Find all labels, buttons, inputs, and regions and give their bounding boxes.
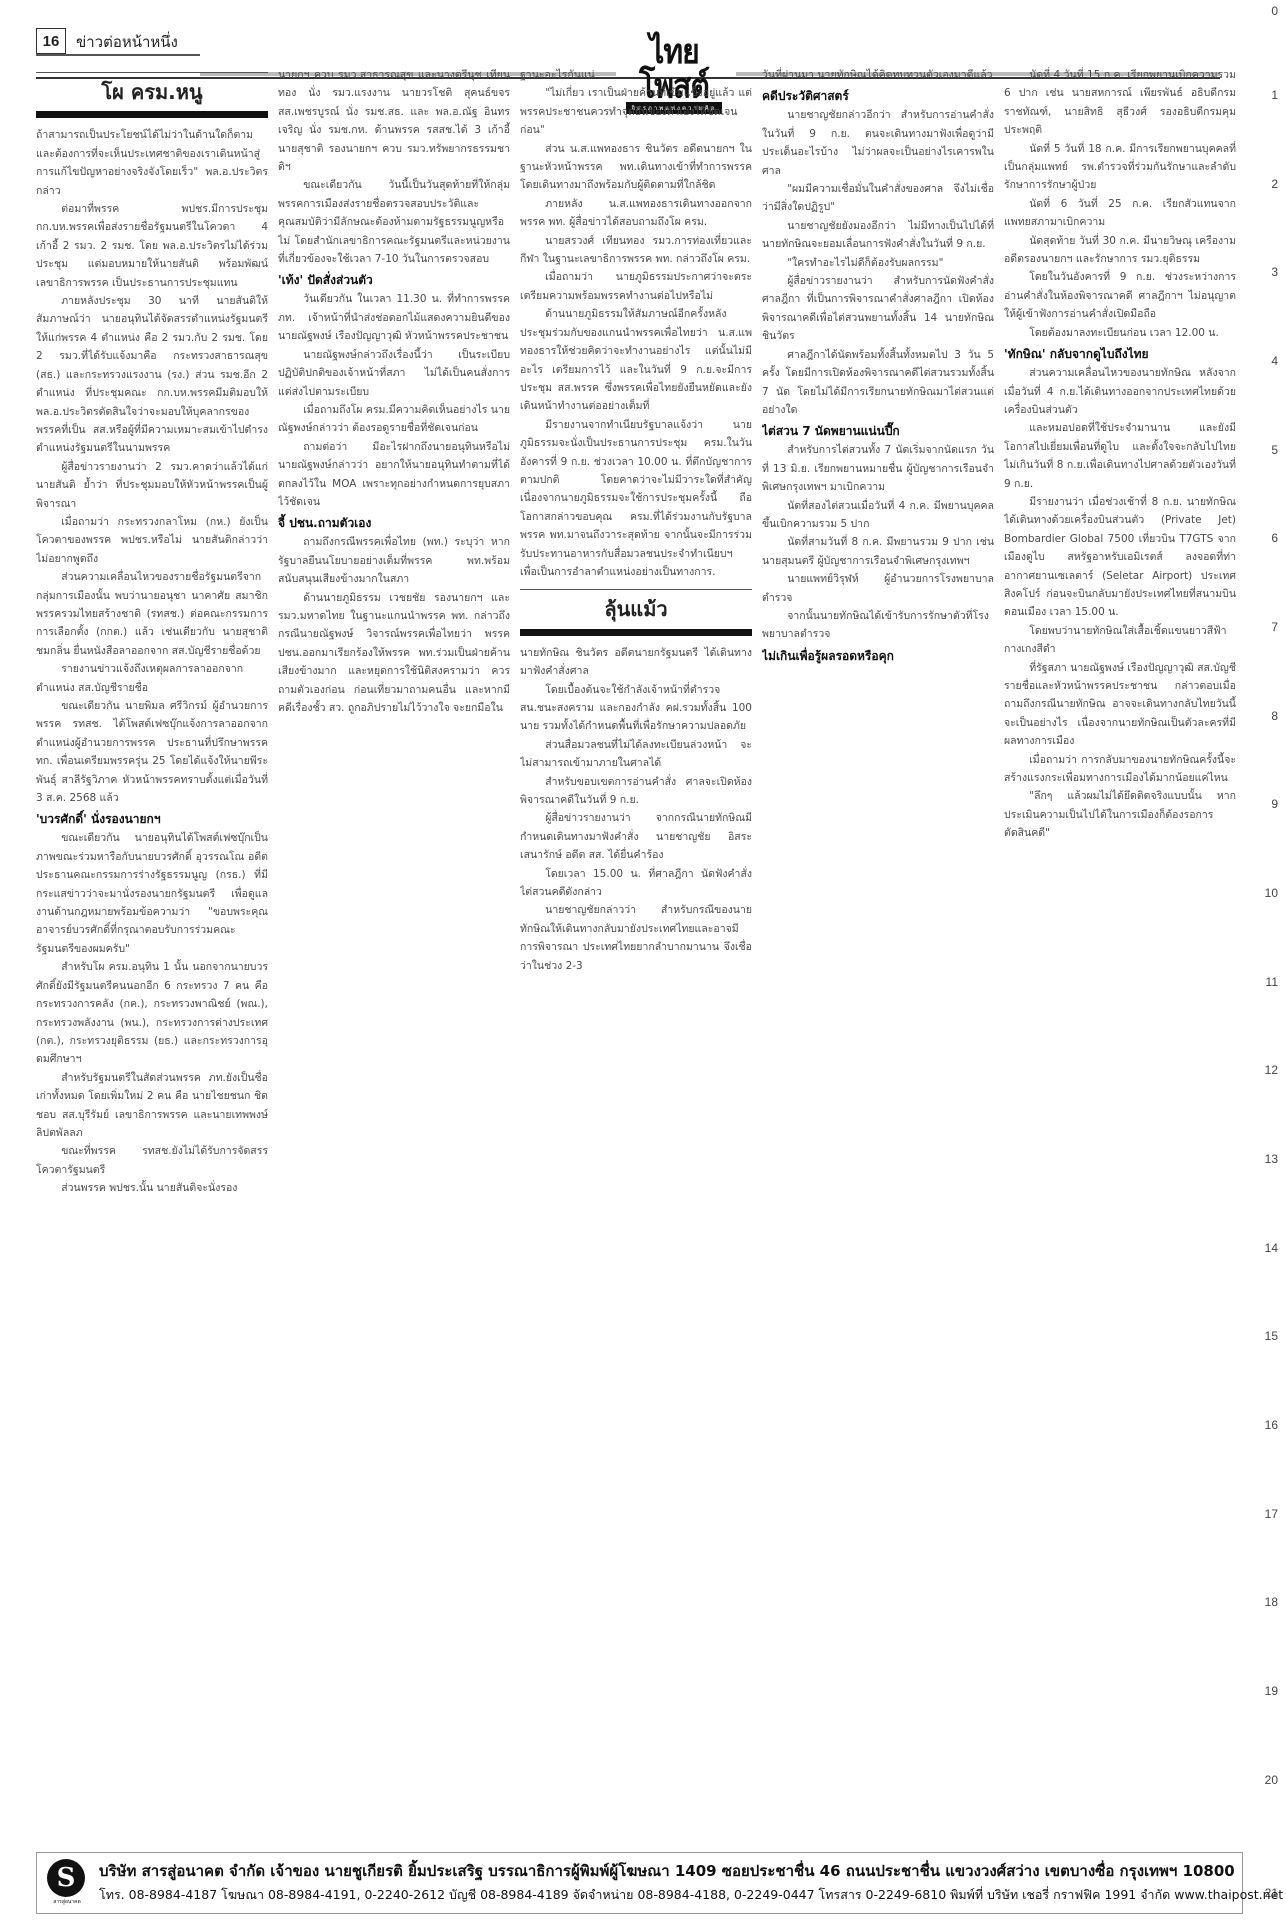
paragraph: โดยเวลา 15.00 น. ที่ศาลฎีกา นัดฟังคำสั่ง… bbox=[520, 865, 752, 902]
paragraph: ที่รัฐสภา นายณัฐพงษ์ เรืองปัญญาวุฒิ สส.บ… bbox=[1004, 659, 1236, 751]
ruler-number: 4 bbox=[1271, 354, 1278, 368]
paragraph: ขณะเดียวกัน นายอนุทินได้โพสต์เฟซบุ๊กเป็น… bbox=[36, 829, 268, 958]
paragraph: โดยในวันอังคารที่ 9 ก.ย. ช่วงระหว่างการอ… bbox=[1004, 268, 1236, 323]
paragraph: ส่วนพรรค พปชร.นั้น นายสันติจะนั่งรอง bbox=[36, 1179, 268, 1197]
column-1: โผ ครม.หนู ถ้าสามารถเป็นประโยชน์ได้ไม่ว่… bbox=[36, 66, 268, 1838]
paragraph: ด้านนายภูมิธรรม เวชยชัย รองนายกฯ และรมว.… bbox=[278, 589, 510, 718]
paragraph: "ลึกๆ แล้วผมไม่ได้ยึดติดจริงแบบนั้น หากป… bbox=[1004, 787, 1236, 842]
ruler-number: 17 bbox=[1265, 1507, 1278, 1521]
paragraph: มีรายงานจากทำเนียบรัฐบาลแจ้งว่า นายภูมิธ… bbox=[520, 416, 752, 582]
paragraph: "ไม่เกี่ยว เราเป็นฝ่ายค้านที่เข้มแข็งอยู… bbox=[520, 84, 752, 139]
paragraph: ผู้สื่อข่าวรายงานว่า 2 รมว.คาดว่าแล้วได้… bbox=[36, 458, 268, 513]
paragraph: นัดที่สามวันที่ 8 ก.ค. มีพยานรวม 9 ปาก เ… bbox=[762, 533, 994, 570]
column-2: นายกฯ ควบ รมว.สาธารณสุข และนางตรีนุช เที… bbox=[278, 66, 510, 1838]
paragraph: วันที่ผ่านมา นายทักษิณได้คิดทบทวนตัวเองม… bbox=[762, 66, 994, 84]
paragraph: สำหรับขอบเขตการอ่านคำสั่ง ศาลจะเปิดห้องพ… bbox=[520, 773, 752, 810]
paragraph: นายชาญชัยกล่าวว่า สำหรับกรณีของนายทักษิณ… bbox=[520, 901, 752, 975]
subheading: ไต่สวน 7 นัดพยานแน่นปึ๊ก bbox=[762, 421, 994, 441]
paragraph: ฐานะอะไรกันแน่ bbox=[520, 66, 752, 84]
paragraph: สำหรับรัฐมนตรีในสัดส่วนพรรค ภท.ยังเป็นชื… bbox=[36, 1069, 268, 1143]
paragraph: ถามถึงกรณีพรรคเพื่อไทย (พท.) ระบุว่า หาก… bbox=[278, 533, 510, 588]
subheading: 'เท้ง' ปัดสั่งส่วนตัว bbox=[278, 270, 510, 290]
ruler-number: 7 bbox=[1271, 620, 1278, 634]
paragraph: "ผมมีความเชื่อมั่นในคำสั่งของศาล จึงไม่เ… bbox=[762, 180, 994, 217]
subheading: จี้ ปชน.ถามตัวเอง bbox=[278, 513, 510, 533]
paragraph: นัดที่ 6 วันที่ 25 ก.ค. เรียกสัวแทนจากแพ… bbox=[1004, 195, 1236, 232]
page-header: 16 ข่าวต่อหน้าหนึ่ง ไทยโพสต์ อิสรภาพแห่ง… bbox=[36, 28, 1220, 58]
ruler-number: 8 bbox=[1271, 709, 1278, 723]
paragraph: สำหรับการไต่สวนทั้ง 7 นัดเริ่มจากนัดแรก … bbox=[762, 441, 994, 496]
column-3: ฐานะอะไรกันแน่ "ไม่เกี่ยว เราเป็นฝ่ายค้า… bbox=[520, 66, 752, 1838]
ruler-number: 13 bbox=[1265, 1152, 1278, 1166]
paragraph: วันเดียวกัน ในเวลา 11.30 น. ที่ทำการพรรค… bbox=[278, 290, 510, 345]
ruler-number: 16 bbox=[1265, 1418, 1278, 1432]
paragraph: ขณะที่พรรค รทสช.ยังไม่ได้รับการจัดสรรโคว… bbox=[36, 1142, 268, 1179]
ruler-number: 1 bbox=[1271, 88, 1278, 102]
paragraph: โดยพบว่านายทักษิณใส่เสื้อเชิ้ตแขนยาวสีฟ้… bbox=[1004, 622, 1236, 659]
ruler-number: 14 bbox=[1265, 1241, 1278, 1255]
paragraph: ถามต่อว่า มีอะไรฝากถึงนายอนุทินหรือไม่ น… bbox=[278, 438, 510, 512]
ruler-number: 18 bbox=[1265, 1595, 1278, 1609]
paragraph: นายแพทย์วิรุฬห์ ผู้อำนวยการโรงพยาบาลตำรว… bbox=[762, 570, 994, 607]
paragraph: ต่อมาที่พรรค พปชร.มีการประชุม กก.บห.พรรค… bbox=[36, 200, 268, 292]
ruler-number: 3 bbox=[1271, 265, 1278, 279]
subheading: 'บวรศักดิ์' นั่งรองนายกฯ bbox=[36, 809, 268, 829]
ruler-number: 5 bbox=[1271, 443, 1278, 457]
paragraph: รายงานข่าวแจ้งถึงเหตุผลการลาออกจากตำแหน่… bbox=[36, 660, 268, 697]
page-number: 16 bbox=[36, 28, 66, 54]
ruler-number: 11 bbox=[1266, 975, 1278, 989]
paragraph: เมื่อถามว่า การกลับมาของนายทักษิณครั้งนี… bbox=[1004, 751, 1236, 788]
subheading: ไม่เกินเพื่อรู้ผลรอดหรือคุก bbox=[762, 646, 994, 666]
paragraph: โดยต้องมาลงทะเบียนก่อน เวลา 12.00 น. bbox=[1004, 324, 1236, 342]
header-rule bbox=[36, 54, 200, 56]
paragraph: ขณะเดียวกัน นายพิมล ศรีวิกรม์ ผู้อำนวยกา… bbox=[36, 697, 268, 807]
paragraph: นัดสุดท้าย วันที่ 30 ก.ค. มีนายวิษณุ เคร… bbox=[1004, 232, 1236, 269]
paragraph: ศาลฎีกาได้นัดพร้อมทั้งสิ้นทั้งหมดไป 3 วั… bbox=[762, 346, 994, 420]
paragraph: นัดที่สองไต่สวนเมื่อวันที่ 4 ก.ค. มีพยาน… bbox=[762, 497, 994, 534]
paragraph: ขณะเดียวกัน วันนี้เป็นวันสุดท้ายที่ให้กล… bbox=[278, 176, 510, 268]
ruler-number: 0 bbox=[1271, 4, 1278, 18]
paragraph: นัดที่ 5 วันที่ 18 ก.ค. มีการเรียกพยานบุ… bbox=[1004, 140, 1236, 195]
subheading: คดีประวัติศาสตร์ bbox=[762, 86, 994, 106]
publisher-logo-caption: สารสู่อนาคต bbox=[47, 1898, 87, 1906]
ruler-number: 20 bbox=[1265, 1773, 1278, 1787]
paragraph: เมื่อถามว่า นายภูมิธรรมประกาศว่าจะตระเตร… bbox=[520, 268, 752, 305]
ruler-number: 2 bbox=[1271, 177, 1278, 191]
paragraph: ถ้าสามารถเป็นประโยชน์ได้ไม่ว่าในด้านใดก็… bbox=[36, 126, 268, 200]
paragraph: จากนั้นนายทักษิณได้เข้ารับการรักษาตัวที่… bbox=[762, 607, 994, 644]
publisher-info: บริษัท สารสู่อนาคต จำกัด เจ้าของ นายชูเก… bbox=[99, 1859, 1235, 1883]
paragraph: นายชาญชัยยังมองอีกว่า ไม่มีทางเป็นไปได้ท… bbox=[762, 217, 994, 254]
column-4: วันที่ผ่านมา นายทักษิณได้คิดทบทวนตัวเองม… bbox=[762, 66, 994, 1838]
paragraph: นายกฯ ควบ รมว.สาธารณสุข และนางตรีนุช เที… bbox=[278, 66, 510, 176]
paragraph: ผู้สื่อข่าวรายงานว่า จากกรณีนายทักษิณมีก… bbox=[520, 809, 752, 864]
ruler-number: 15 bbox=[1265, 1329, 1278, 1343]
paragraph: นายสรวงศ์ เทียนทอง รมว.การท่องเที่ยวและก… bbox=[520, 232, 752, 269]
ruler-number: 9 bbox=[1271, 797, 1278, 811]
ruler-number: 19 bbox=[1265, 1684, 1278, 1698]
paragraph: ภายหลัง น.ส.แพทองธารเดินทางออกจากพรรค พท… bbox=[520, 195, 752, 232]
ruler-number: 12 bbox=[1265, 1063, 1278, 1077]
paragraph: ผู้สื่อข่าวรายงานว่า สำหรับการนัดฟังคำสั… bbox=[762, 272, 994, 346]
paragraph: และหมอปอดที่ใช้ประจำมานาน และยังมีโอกาสไ… bbox=[1004, 419, 1236, 493]
section-title: ข่าวต่อหน้าหนึ่ง bbox=[76, 30, 178, 54]
paragraph: นายชาญชัยกล่าวอีกว่า สำหรับการอ่านคำสั่ง… bbox=[762, 106, 994, 180]
paragraph: โดยเบื้องต้นจะใช้กำลังเจ้าหน้าที่ตำรวจ ส… bbox=[520, 681, 752, 736]
story-heading: โผ ครม.หนู bbox=[36, 72, 268, 118]
paragraph: ด้านนายภูมิธรรมให้สัมภาษณ์อีกครั้งหลังปร… bbox=[520, 305, 752, 415]
story-heading: ลุ้นแม้ว bbox=[520, 589, 752, 635]
paragraph: ส่วนสื่อมวลชนที่ไม่ได้ลงทะเบียนล่วงหน้า … bbox=[520, 736, 752, 773]
paragraph: สำหรับโผ ครม.อนุทิน 1 นั้น นอกจากนายบวรศ… bbox=[36, 958, 268, 1068]
subheading: 'ทักษิณ' กลับจากดูไบถึงไทย bbox=[1004, 344, 1236, 364]
paragraph: เมื่อถามว่า กระทรวงกลาโหม (กห.) ยังเป็นโ… bbox=[36, 513, 268, 568]
paragraph: ส่วนความเคลื่อนไหวของนายทักษิณ หลังจากเม… bbox=[1004, 364, 1236, 419]
ruler-number: 6 bbox=[1271, 531, 1278, 545]
paragraph: มีรายงานว่า เมื่อช่วงเช้าที่ 8 ก.ย. นายท… bbox=[1004, 493, 1236, 622]
column-5: นัดที่ 4 วันที่ 15 ก.ค. เรียกพยานเบิกควา… bbox=[1004, 66, 1236, 1838]
publisher-logo: S สารสู่อนาคต bbox=[47, 1859, 87, 1906]
publisher-contact: โทร. 08-8984-4187 โฆษณา 08-8984-4191, 0-… bbox=[99, 1885, 1283, 1905]
paragraph: ส่วน น.ส.แพทองธาร ชินวัตร อดีตนายกฯ ในฐา… bbox=[520, 140, 752, 195]
publisher-footer: S สารสู่อนาคต บริษัท สารสู่อนาคต จำกัด เ… bbox=[36, 1852, 1243, 1914]
paragraph: "ใครทำอะไรไม่ดีก็ต้องรับผลกรรม" bbox=[762, 254, 994, 272]
ruler-number: 10 bbox=[1265, 886, 1278, 900]
paragraph: เมื่อถามถึงโผ ครม.มีความคิดเห็นอย่างไร น… bbox=[278, 401, 510, 438]
line-number-ruler: 0 1 2 3 4 5 6 7 8 9 10 11 12 13 14 15 16… bbox=[1246, 0, 1286, 1920]
publisher-logo-icon: S bbox=[47, 1859, 85, 1897]
paragraph: นายทักษิณ ชินวัตร อดีตนายกรัฐมนตรี ได้เด… bbox=[520, 644, 752, 681]
paragraph: ส่วนความเคลื่อนไหวของรายชื่อรัฐมนตรีจากก… bbox=[36, 568, 268, 660]
paragraph: นายณัฐพงษ์กล่าวถึงเรื่องนี้ว่า เป็นระเบี… bbox=[278, 346, 510, 401]
paragraph: ภายหลังประชุม 30 นาที นายสันติให้สัมภาษณ… bbox=[36, 292, 268, 458]
paragraph: นัดที่ 4 วันที่ 15 ก.ค. เรียกพยานเบิกควา… bbox=[1004, 66, 1236, 140]
